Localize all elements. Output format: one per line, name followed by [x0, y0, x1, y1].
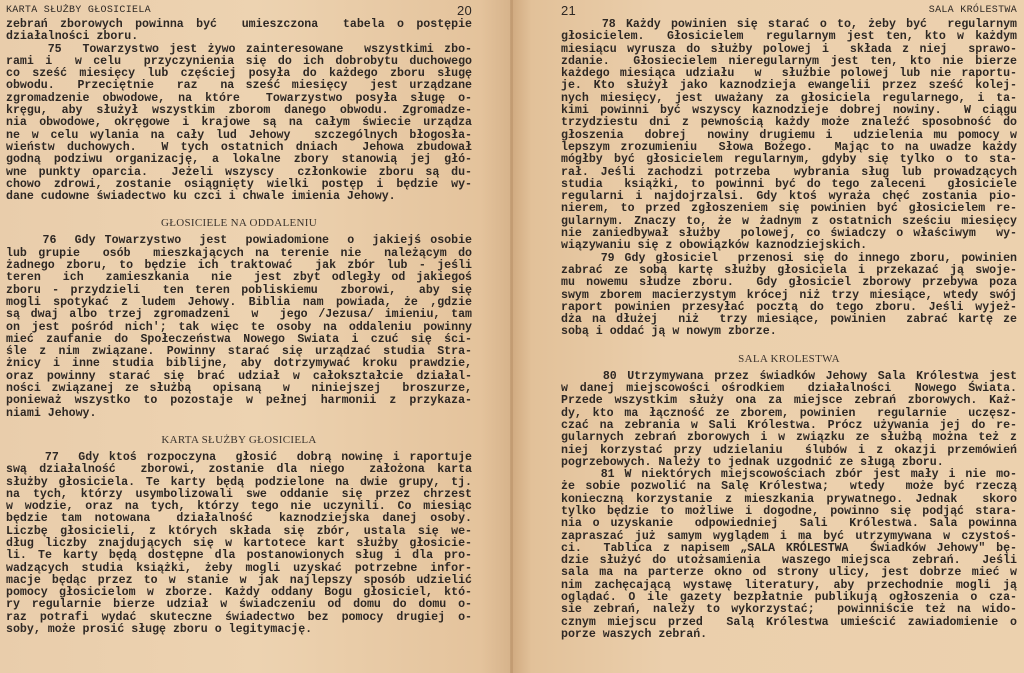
- text-line: swą działalność zborowi, zostanie dla ni…: [6, 464, 472, 476]
- running-head-title: KARTA SŁUŻBY GŁOSICIELA: [6, 3, 151, 19]
- text-line: wne punkty oparcia. Jeżeli wszyscy człon…: [6, 167, 472, 179]
- right-page: 21 SALA KRÓLESTWA 78 Każdy powinien się …: [511, 0, 1024, 673]
- text-line: żnicy i inne studia biblijne, aby dotrzy…: [6, 358, 472, 370]
- text-line: głosicielem. Głosicielem regularnym jest…: [561, 31, 1017, 43]
- text-line: dane cudowne świadectwo ku czci i chwale…: [6, 191, 472, 203]
- text-line: mógłby być głosicielem regularnym, gdyby…: [561, 154, 1017, 166]
- text-line: godną podziwu organizację, a lokalne zbo…: [6, 154, 472, 166]
- text-line: niej korzystać przy udzielaniu ślubów i …: [561, 445, 1017, 457]
- paragraph-block: 80 Utrzymywana przez świadków Jehowy Sal…: [561, 371, 1017, 642]
- text-line: mu nowemu słudze zboru. Gdy głosiciel zb…: [561, 277, 1017, 289]
- page-number: 21: [561, 3, 576, 19]
- left-page-text: KARTA SŁUŻBY GŁOSICIELA 20 zebrań zborow…: [6, 3, 472, 636]
- text-line: nia obwodowe, okręgowe i krajowe są na c…: [6, 117, 472, 129]
- text-line: sobą i oddać ją w nowym zborze.: [561, 326, 1017, 338]
- text-line: 76 Gdy Towarzystwo jest powiadomione o j…: [6, 235, 472, 247]
- text-line: swym zborem macierzystym krócej niż trzy…: [561, 290, 1017, 302]
- text-line: nierem, to przed zgłoszeniem się powinie…: [561, 203, 1017, 215]
- text-line: są dwaj albo trzej zgromadzeni w jego /J…: [6, 309, 472, 321]
- text-line: gularnych zebrań zborowych i w związku z…: [561, 432, 1017, 444]
- text-line: sie zebrań, należy to wykorzystać; powin…: [561, 604, 1017, 616]
- text-line: trzydziestu dni z pewnością każdy może z…: [561, 117, 1017, 129]
- paragraph-block: 78 Każdy powinien się starać o to, żeby …: [561, 19, 1017, 339]
- text-line: będzie tam notowana działalność kaznodzi…: [6, 513, 472, 525]
- text-line: rał. Jeśli zachodzi potrzeba wybrania sł…: [561, 167, 1017, 179]
- section-heading: SALA KROLESTWA: [561, 353, 1017, 365]
- right-running-head: 21 SALA KRÓLESTWA: [561, 3, 1017, 19]
- text-line: wiązywaniu się z obowiązków kaznodziejsk…: [561, 240, 1017, 252]
- paragraph-block: 77 Gdy ktoś rozpoczyna głosić dobrą nowi…: [6, 452, 472, 636]
- section-heading: KARTA SŁUŻBY GŁOSICIELA: [6, 434, 472, 446]
- page-gutter: [510, 0, 513, 673]
- text-line: działalności zboru.: [6, 31, 472, 43]
- left-page: KARTA SŁUŻBY GŁOSICIELA 20 zebrań zborow…: [0, 0, 511, 673]
- running-head-title: SALA KRÓLESTWA: [929, 3, 1017, 19]
- text-line: je. Kto służył jako kaznodzieja ewangeli…: [561, 80, 1017, 92]
- text-line: że sobie pozwolić na Salę Królestwa; wte…: [561, 481, 1017, 493]
- text-line: li. Te karty będą dostępne dla postanowi…: [6, 550, 472, 562]
- text-line: Przede wszystkim służy ona za miejsce ze…: [561, 395, 1017, 407]
- text-line: niami Jehowy.: [6, 408, 472, 420]
- text-line: teren ich zamieszkania nie jest zbyt odl…: [6, 272, 472, 284]
- text-line: porze waszych zebrań.: [561, 629, 1017, 641]
- left-running-head: KARTA SŁUŻBY GŁOSICIELA 20: [6, 3, 472, 19]
- text-line: obwodu. Przeciętnie raz na sześć miesięc…: [6, 80, 472, 92]
- section-heading: GŁOSICIELE NA ODDALENIU: [6, 217, 472, 229]
- right-page-text: 21 SALA KRÓLESTWA 78 Każdy powinien się …: [561, 3, 1017, 641]
- page-number: 20: [457, 3, 472, 19]
- paragraph-block: 76 Gdy Towarzystwo jest powiadomione o j…: [6, 235, 472, 419]
- book-spread: KARTA SŁUŻBY GŁOSICIELA 20 zebrań zborow…: [0, 0, 1024, 673]
- text-line: on jest pośród nich'; tak więc te osoby …: [6, 322, 472, 334]
- text-line: soby, może prosić sługę zboru o legityma…: [6, 624, 472, 636]
- text-line: sala ma na parterze okno od strony ulicy…: [561, 567, 1017, 579]
- paragraph-block: zebrań zborowych powinna być umieszczona…: [6, 19, 472, 203]
- text-line: służby głosiciela. Te karty będą podziel…: [6, 477, 472, 489]
- text-line: ponieważ wszystko to pozostaje w pełnej …: [6, 395, 472, 407]
- text-line: nia o uzyskanie odpowiedniej Sali Króles…: [561, 518, 1017, 530]
- text-line: ry regularnie bierze udział w świadczeni…: [6, 599, 472, 611]
